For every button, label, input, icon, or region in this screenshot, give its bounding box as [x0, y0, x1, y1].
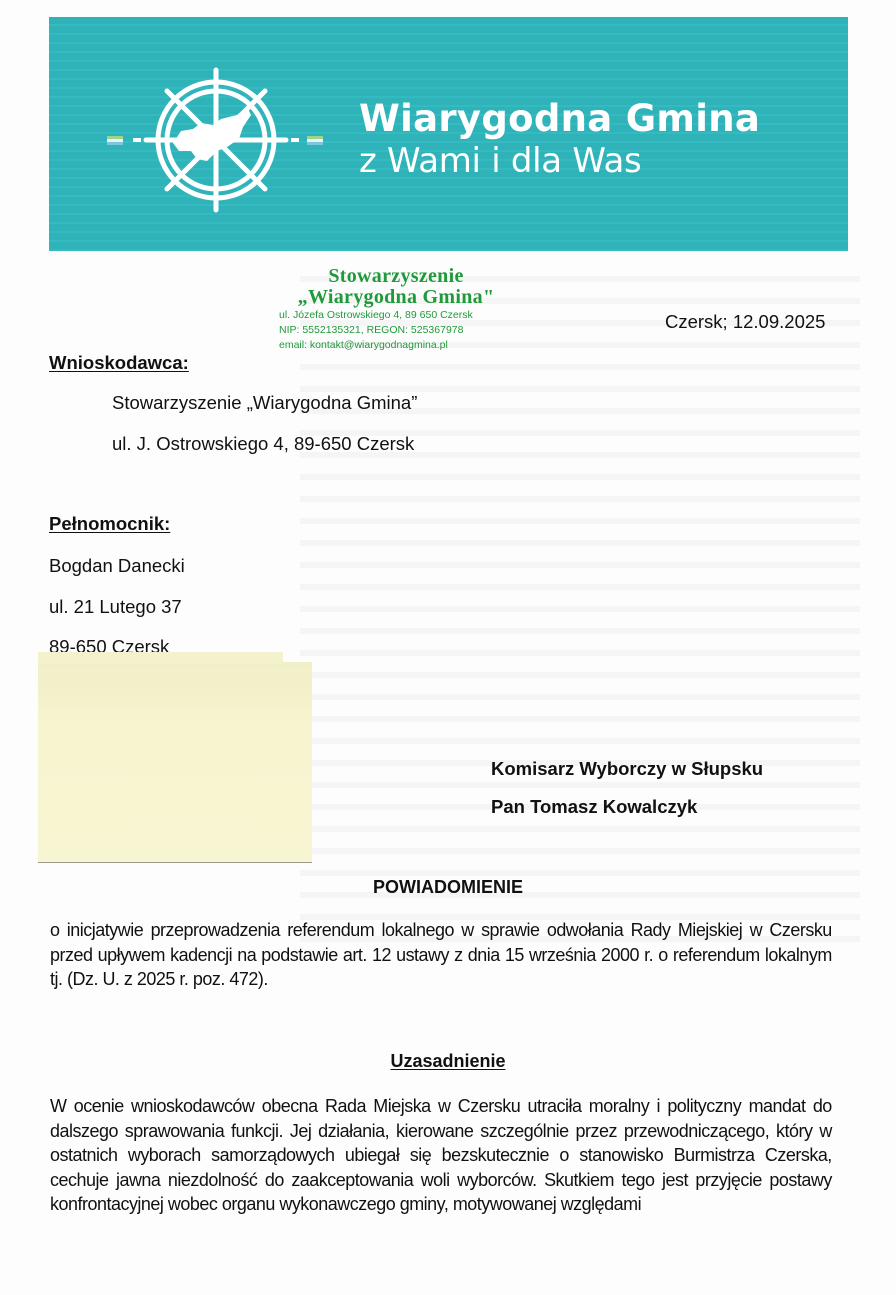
stamp-name-line2: „Wiarygodna Gmina"	[276, 287, 516, 308]
recipient-name: Pan Tomasz Kowalczyk	[491, 796, 697, 818]
stamp-email: email: kontakt@wiarygodnagmina.pl	[276, 338, 516, 353]
stamp-address: ul. Józefa Ostrowskiego 4, 89 650 Czersk	[276, 308, 516, 323]
reverse-side-bleed-through	[300, 262, 860, 942]
proxy-name: Bogdan Danecki	[49, 555, 185, 577]
recipient-title: Komisarz Wyborczy w Słupsku	[491, 758, 763, 780]
sticky-note-redaction	[38, 662, 312, 862]
applicant-label: Wnioskodawca:	[49, 352, 189, 374]
proxy-label: Pełnomocnik:	[49, 513, 170, 535]
banner-title: Wiarygodna Gmina	[359, 97, 760, 140]
applicant-name: Stowarzyszenie „Wiarygodna Gmina”	[112, 392, 417, 414]
justification-title: Uzasadnienie	[0, 1051, 896, 1072]
document-date: Czersk; 12.09.2025	[665, 311, 825, 333]
proxy-street: ul. 21 Lutego 37	[49, 596, 182, 618]
association-stamp: Stowarzyszenie „Wiarygodna Gmina" ul. Jó…	[276, 266, 516, 353]
stamp-ids: NIP: 5552135321, REGON: 525367978	[276, 323, 516, 338]
stamp-name-line1: Stowarzyszenie	[276, 266, 516, 287]
notice-title: POWIADOMIENIE	[0, 877, 896, 898]
ships-wheel-map-icon	[101, 65, 331, 215]
applicant-address: ul. J. Ostrowskiego 4, 89-650 Czersk	[112, 433, 414, 455]
banner-subtitle: z Wami i dla Was	[359, 141, 641, 181]
notice-text: o inicjatywie przeprowadzenia referendum…	[50, 918, 832, 992]
justification-text: W ocenie wnioskodawców obecna Rada Miejs…	[50, 1094, 832, 1217]
header-banner: Wiarygodna Gmina z Wami i dla Was	[49, 17, 848, 251]
